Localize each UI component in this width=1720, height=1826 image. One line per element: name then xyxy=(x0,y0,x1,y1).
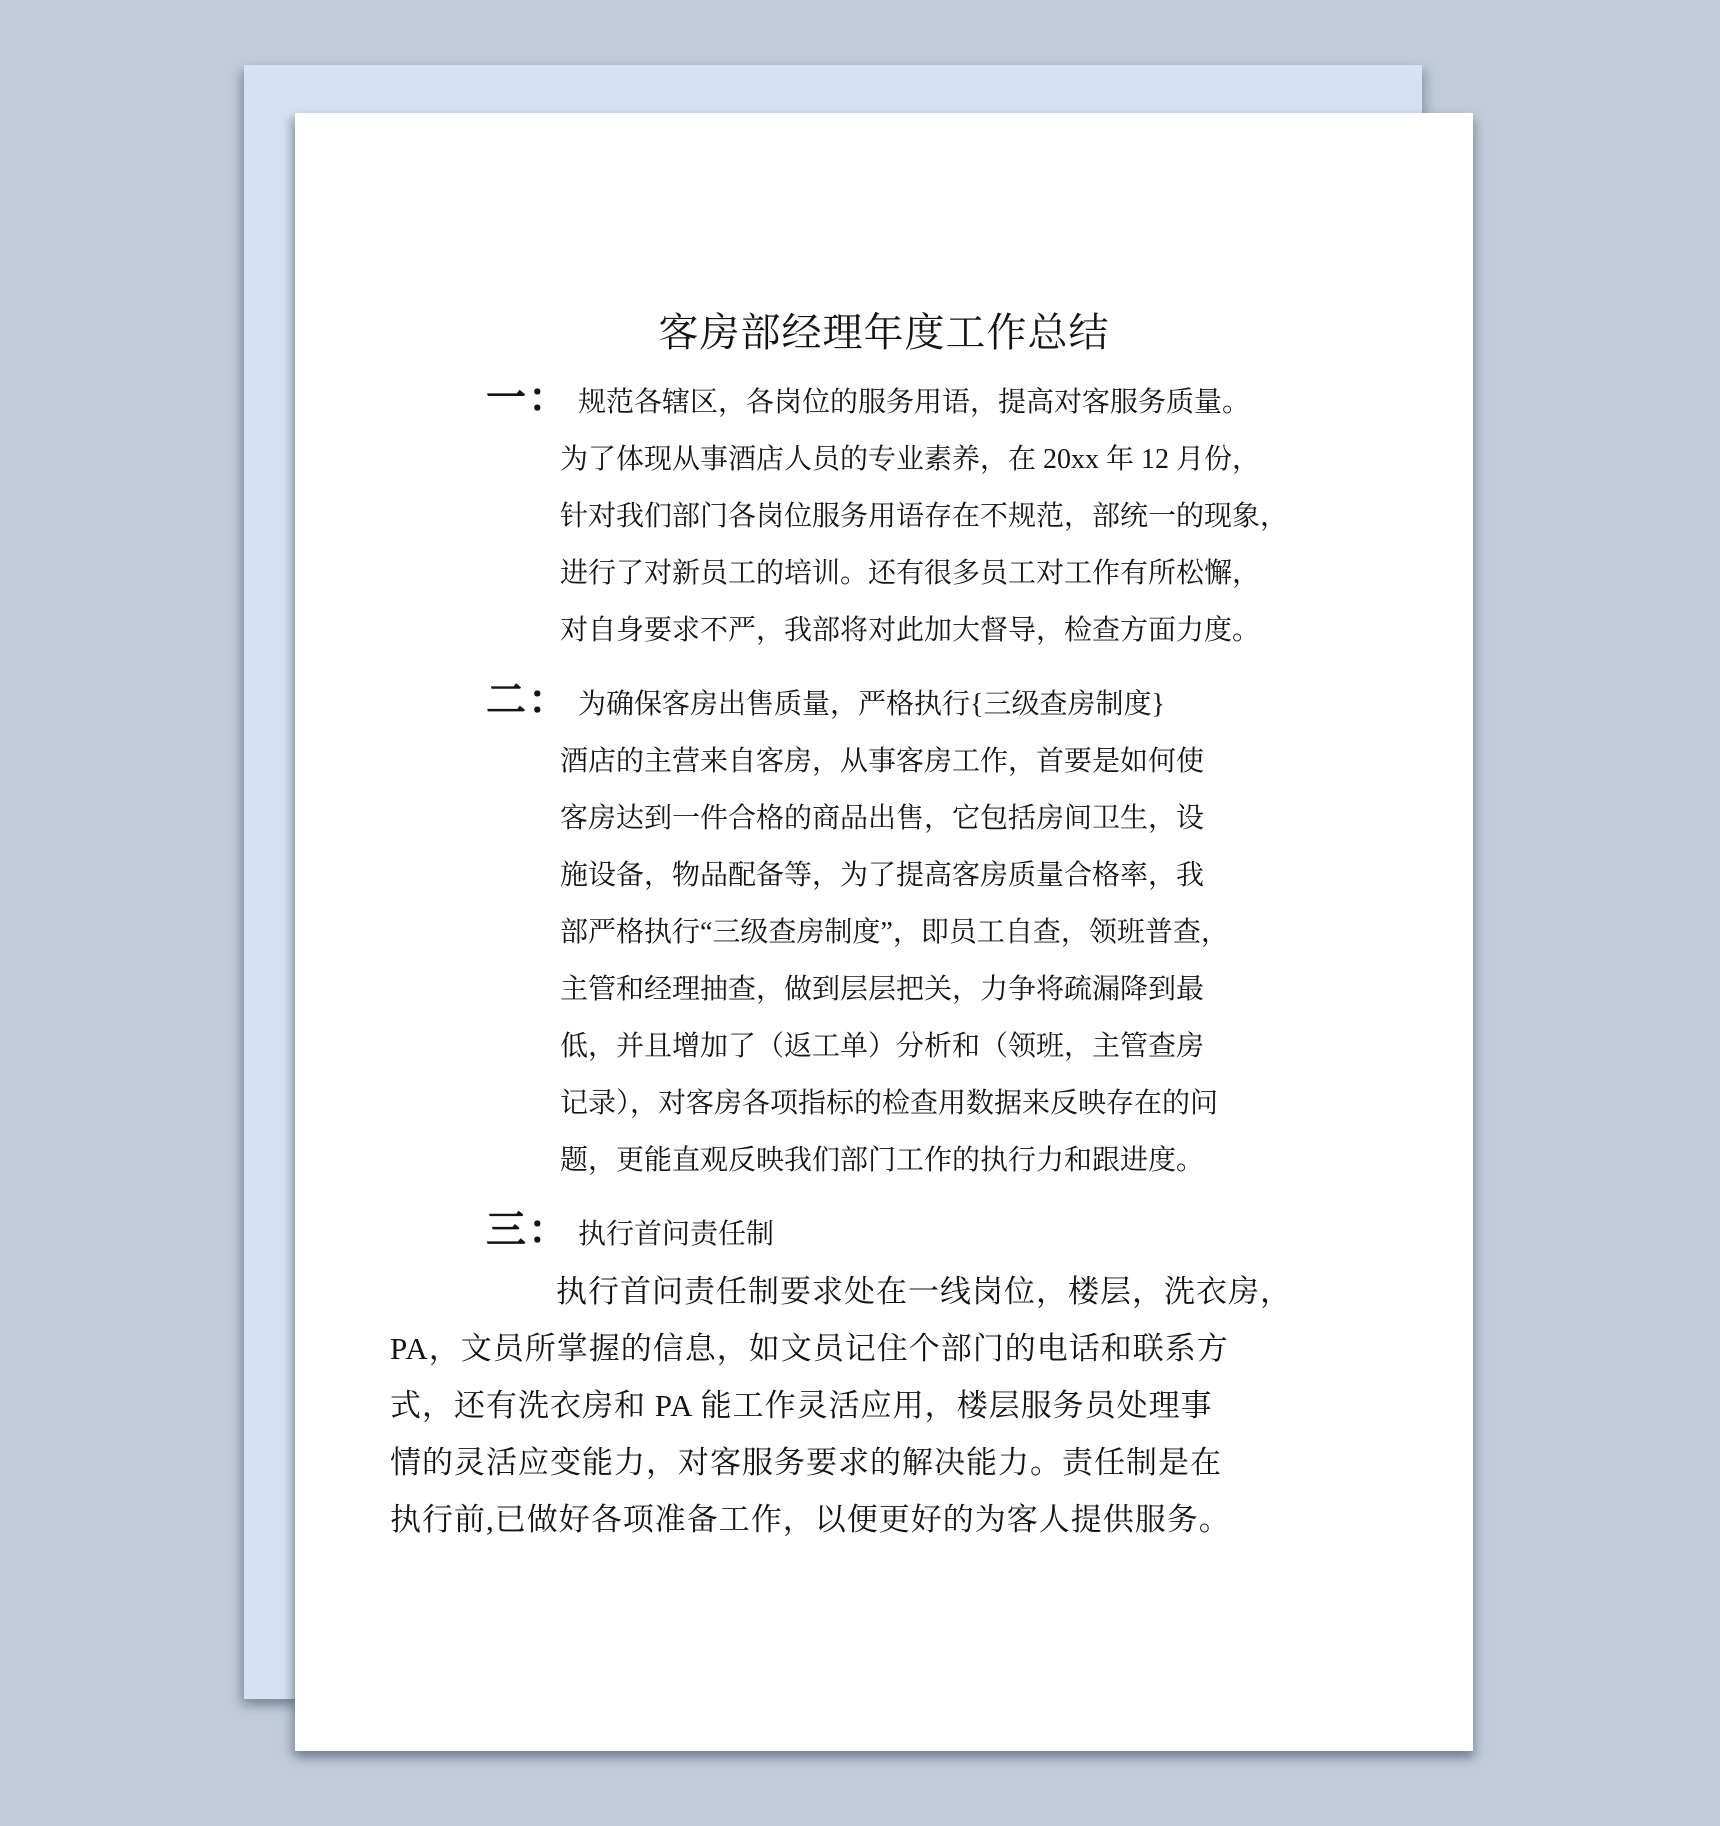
body-line: 题，更能直观反映我们部门工作的执行力和跟进度。 xyxy=(390,1132,1378,1189)
section-heading-row: 二：为确保客房出售质量，严格执行{三级查房制度} xyxy=(390,671,1378,733)
section-label: 三： xyxy=(486,1207,570,1252)
body-line: 主管和经理抽查，做到层层把关，力争将疏漏降到最 xyxy=(390,961,1378,1018)
body-line: 执行首问责任制要求处在一线岗位，楼层，洗衣房， xyxy=(390,1263,1378,1320)
section-label: 一： xyxy=(486,375,570,420)
body-line: 为了体现从事酒店人员的专业素养，在 20xx 年 12 月份， xyxy=(390,431,1378,488)
body-line: 记录），对客房各项指标的检查用数据来反映存在的问 xyxy=(390,1075,1378,1132)
body-line: 客房达到一件合格的商品出售，它包括房间卫生，设 xyxy=(390,790,1378,847)
body-line: 情的灵活应变能力，对客服务要求的解决能力。责任制是在 xyxy=(390,1434,1378,1491)
page-background: { "page": { "background_color": "#c2ccd9… xyxy=(0,0,1720,1826)
section: 三：执行首问责任制执行首问责任制要求处在一线岗位，楼层，洗衣房，PA，文员所掌握… xyxy=(390,1201,1378,1548)
section-heading-row: 一：规范各辖区，各岗位的服务用语，提高对客服务质量。 xyxy=(390,369,1378,431)
body-line: 式，还有洗衣房和 PA 能工作灵活应用，楼层服务员处理事 xyxy=(390,1377,1378,1434)
body-line: 对自身要求不严，我部将对此加大督导，检查方面力度。 xyxy=(390,602,1378,659)
section-heading-text: 为确保客房出售质量，严格执行{三级查房制度} xyxy=(578,689,1165,720)
body-line: 施设备，物品配备等，为了提高客房质量合格率，我 xyxy=(390,847,1378,904)
section-heading-row: 三：执行首问责任制 xyxy=(390,1201,1378,1263)
body-line: 部严格执行“三级查房制度”，即员工自查，领班普查， xyxy=(390,904,1378,961)
section: 二：为确保客房出售质量，严格执行{三级查房制度}酒店的主营来自客房，从事客房工作… xyxy=(390,671,1378,1189)
front-sheet: 客房部经理年度工作总结 一：规范各辖区，各岗位的服务用语，提高对客服务质量。为了… xyxy=(295,113,1473,1751)
body-line: 酒店的主营来自客房，从事客房工作，首要是如何使 xyxy=(390,733,1378,790)
body-line: 针对我们部门各岗位服务用语存在不规范，部统一的现象， xyxy=(390,488,1378,545)
sections-container: 一：规范各辖区，各岗位的服务用语，提高对客服务质量。为了体现从事酒店人员的专业素… xyxy=(390,369,1378,1548)
text-column: 客房部经理年度工作总结 一：规范各辖区，各岗位的服务用语，提高对客服务质量。为了… xyxy=(390,303,1378,1548)
document-title: 客房部经理年度工作总结 xyxy=(390,303,1378,363)
body-line: 低，并且增加了（返工单）分析和（领班，主管查房 xyxy=(390,1018,1378,1075)
section: 一：规范各辖区，各岗位的服务用语，提高对客服务质量。为了体现从事酒店人员的专业素… xyxy=(390,369,1378,659)
section-label: 二： xyxy=(486,677,570,722)
body-line: 进行了对新员工的培训。还有很多员工对工作有所松懈， xyxy=(390,545,1378,602)
body-line: 执行前,已做好各项准备工作，以便更好的为客人提供服务。 xyxy=(390,1491,1378,1548)
section-heading-text: 规范各辖区，各岗位的服务用语，提高对客服务质量。 xyxy=(578,387,1250,418)
section-heading-text: 执行首问责任制 xyxy=(578,1219,774,1250)
body-line: PA，文员所掌握的信息，如文员记住个部门的电话和联系方 xyxy=(390,1320,1378,1377)
